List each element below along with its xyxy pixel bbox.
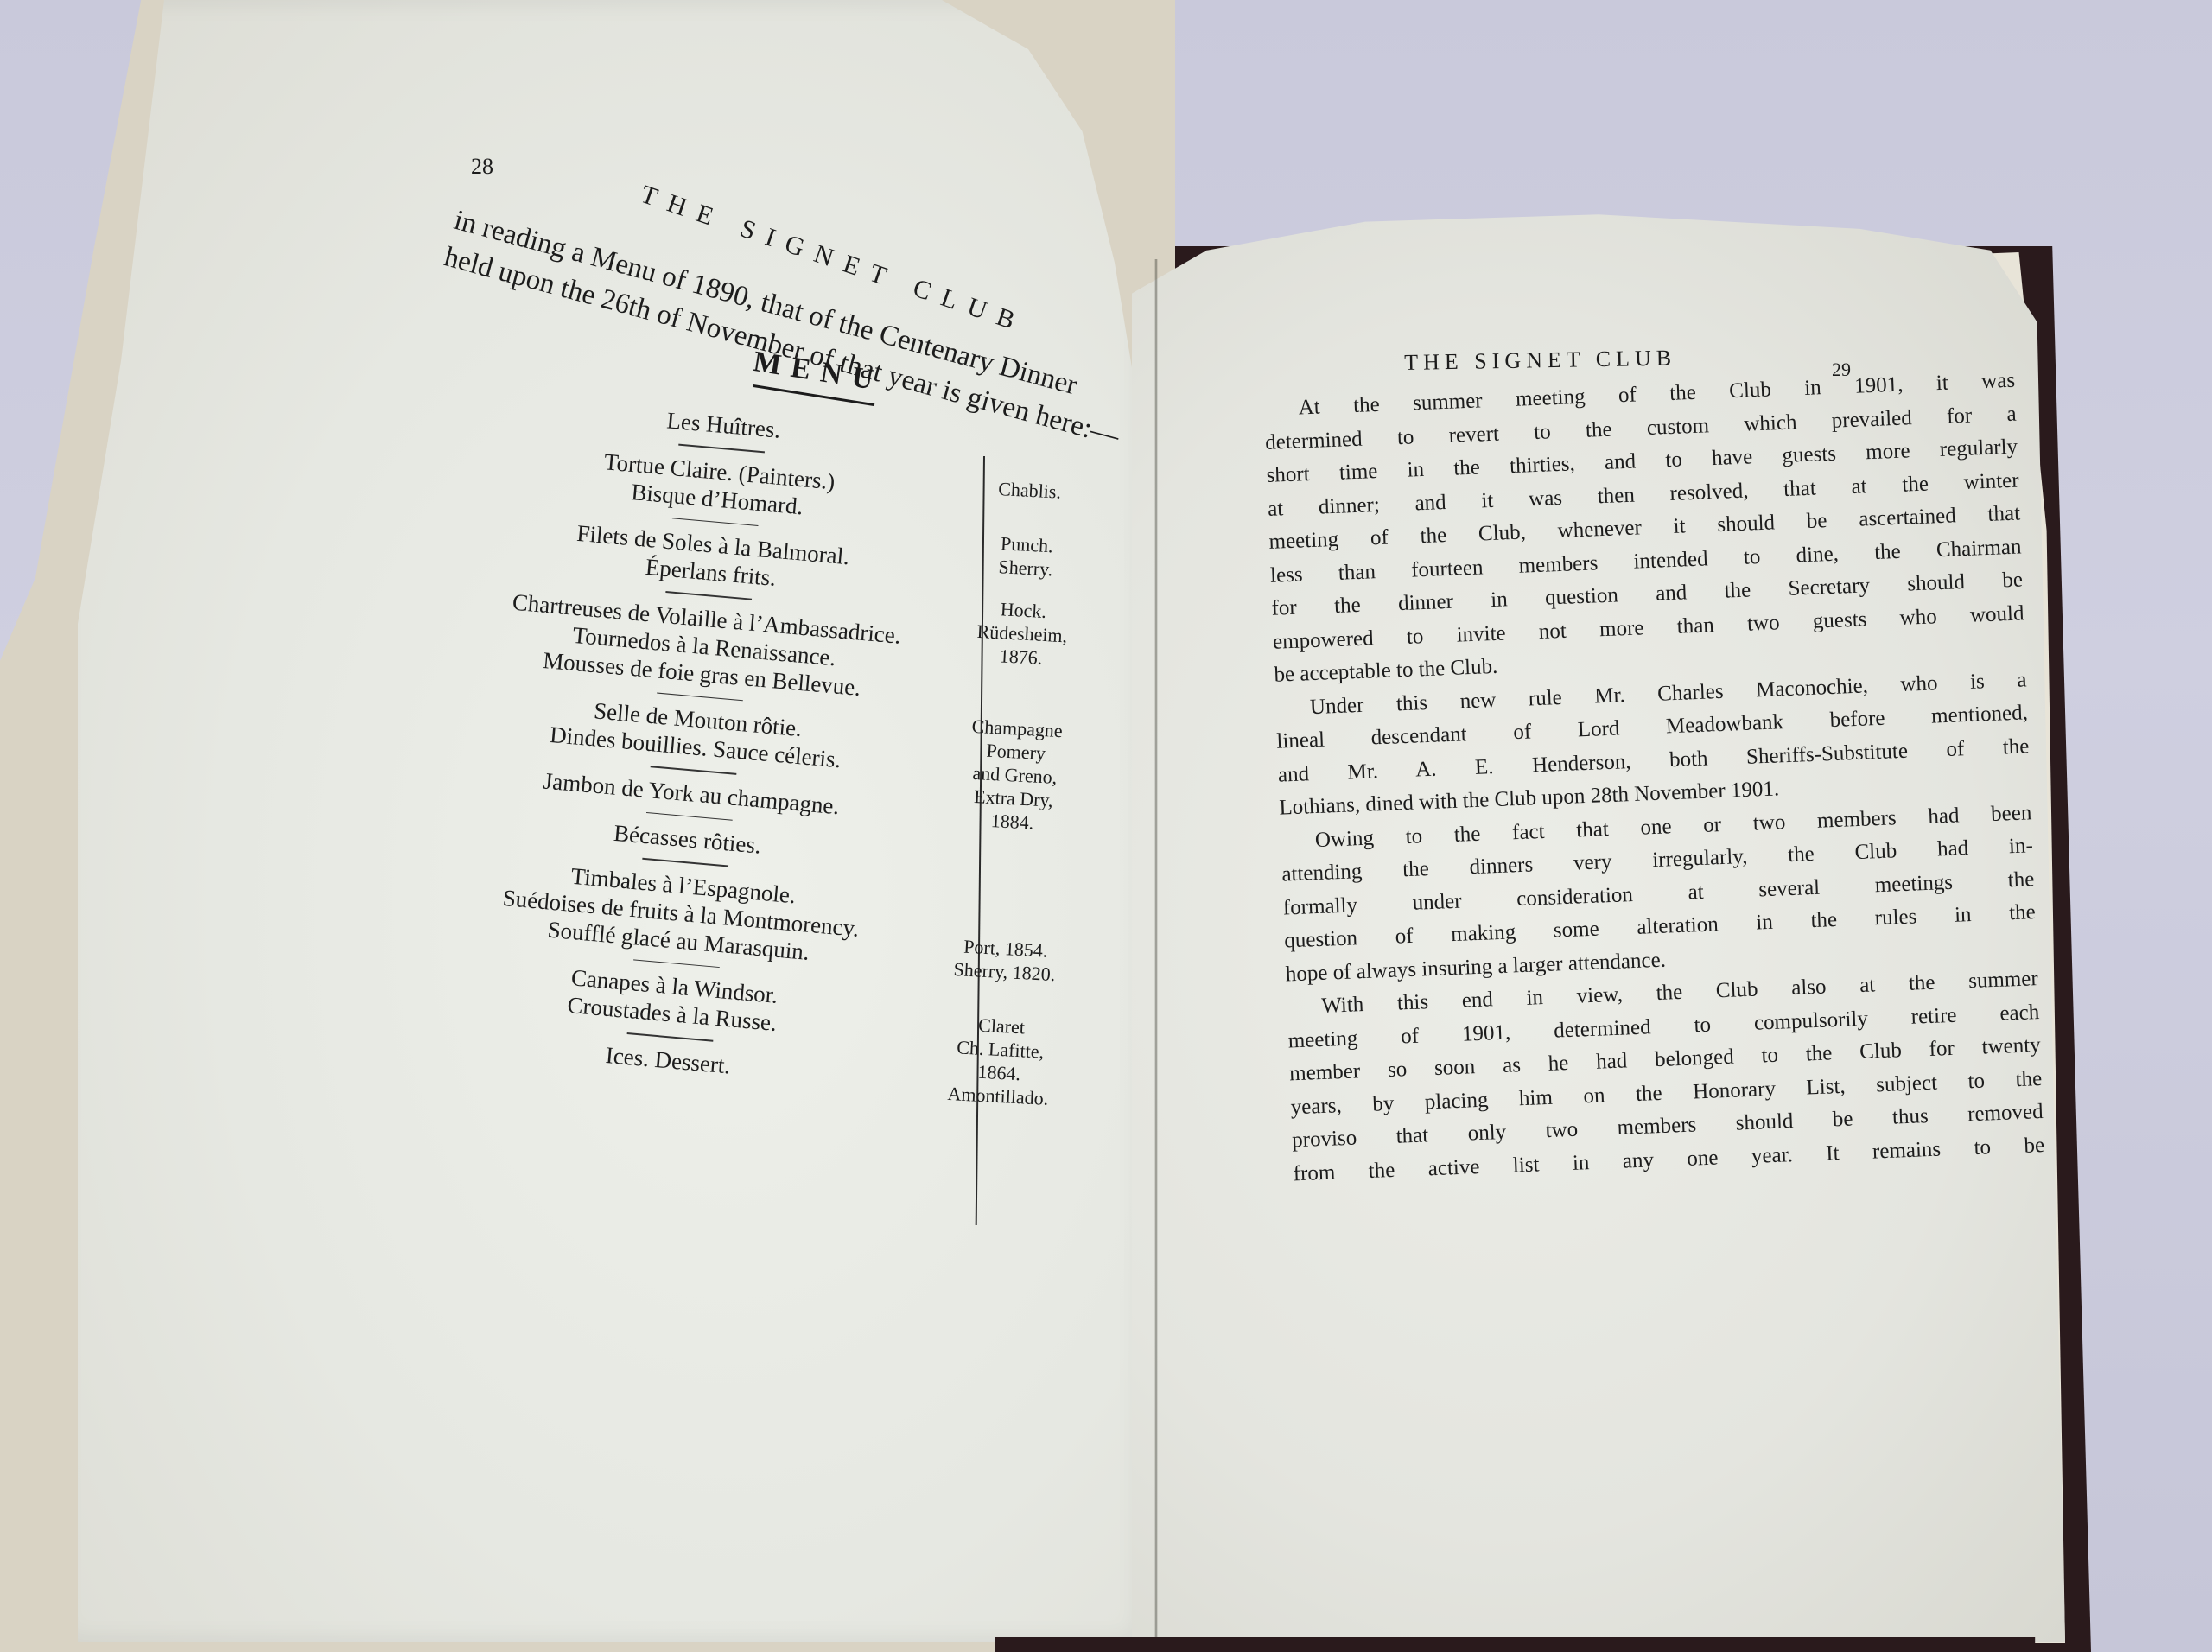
course-separator xyxy=(665,591,752,600)
right-page-body: At the summer meeting of the Club in 190… xyxy=(1263,365,2045,1191)
course-separator xyxy=(657,692,743,701)
open-book-photo: 28 THE SIGNET CLUB in reading a Menu of … xyxy=(0,0,2212,1652)
left-page-number: 28 xyxy=(471,154,493,180)
course-separator xyxy=(633,959,720,968)
course-separator xyxy=(672,518,759,526)
menu-courses: Les Huîtres. Tortue Claire. (Painters.) … xyxy=(409,389,983,1096)
course-separator xyxy=(627,1032,714,1041)
right-running-head: THE SIGNET CLUB xyxy=(1404,346,1676,376)
book-gutter xyxy=(1154,259,1158,1642)
course-separator xyxy=(642,858,728,867)
course-separator xyxy=(678,444,765,453)
course-separator xyxy=(651,766,737,774)
course-separator xyxy=(646,812,733,821)
